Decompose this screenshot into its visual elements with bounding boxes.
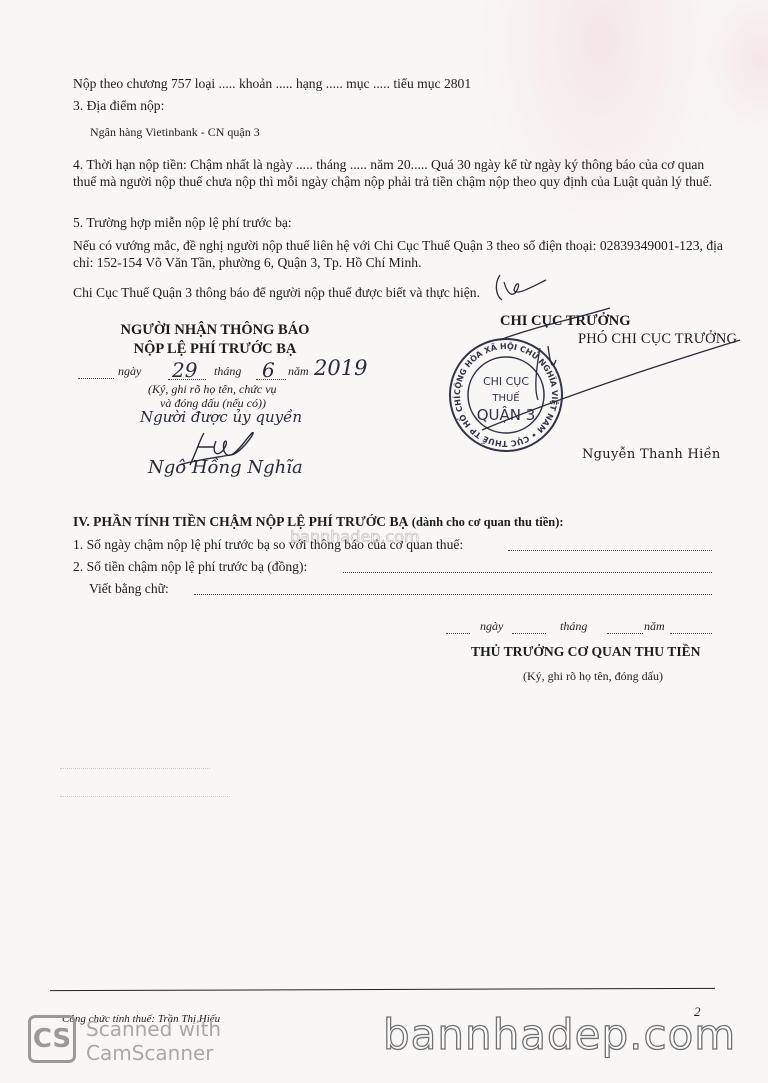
section-3-title: 3. Địa điểm nộp:: [73, 97, 164, 114]
handwritten-receiver-name: Ngô Hồng Nghĩa: [148, 457, 303, 478]
scanner-line2: CamScanner: [86, 1042, 214, 1064]
collector-year-blank[interactable]: [670, 632, 712, 634]
late-days-field[interactable]: [508, 549, 712, 551]
authority-signature-icon: [470, 300, 750, 450]
month-blank: [256, 378, 286, 380]
late-days-label: 1. Số ngày chậm nộp lệ phí trước bạ so v…: [73, 536, 463, 553]
collector-head-instruction: (Ký, ghi rõ họ tên, đóng dấu): [523, 668, 663, 685]
payment-location: Ngân hàng Vietinbank - CN quận 3: [90, 124, 260, 141]
section-5-title: 5. Trường hợp miễn nộp lệ phí trước bạ:: [73, 214, 292, 231]
notice-text: Chi Cục Thuế Quận 3 thông báo để người n…: [73, 284, 480, 301]
collector-day-label: ngày: [480, 618, 503, 635]
camscanner-logo-icon: CS: [28, 1015, 76, 1063]
signer-name: Nguyễn Thanh Hiền: [582, 446, 721, 463]
collector-month-label: tháng: [560, 618, 587, 635]
receiver-year-label: năm: [288, 363, 309, 380]
scan-noise-line: [60, 768, 210, 769]
receiver-year-value: 2019: [314, 356, 367, 380]
collector-month-blank[interactable]: [512, 632, 546, 634]
receiver-title-line2: NỘP LỆ PHÍ TRƯỚC BẠ: [100, 341, 330, 358]
section-iv-note: (dành cho cơ quan thu tiền):: [412, 515, 564, 529]
receiver-month-label: tháng: [214, 363, 241, 380]
collector-day-blank[interactable]: [446, 632, 470, 634]
collector-year-label: năm: [644, 618, 665, 635]
handwritten-authorized-role: Người được ủy quyền: [140, 408, 302, 426]
late-amount-label: 2. Số tiền chậm nộp lệ phí trước bạ (đồn…: [73, 558, 307, 575]
scan-noise-line: [60, 796, 230, 797]
collector-head-title: THỦ TRƯỞNG CƠ QUAN THU TIỀN: [471, 643, 701, 660]
late-amount-field[interactable]: [343, 571, 712, 573]
section-4-payment-deadline: 4. Thời hạn nộp tiền: Chậm nhất là ngày …: [73, 156, 721, 190]
contact-info: Nếu có vướng mắc, đề nghị người nộp thuế…: [73, 237, 728, 271]
day-blank: [168, 378, 206, 380]
amount-in-words-field[interactable]: [194, 593, 712, 595]
receiver-day-label: ngày: [118, 363, 141, 380]
day-prefix-blank: [78, 377, 114, 379]
amount-in-words-label: Viết bằng chữ:: [89, 580, 169, 597]
payment-classification-line: Nộp theo chương 757 loại ..... khoản ...…: [73, 75, 471, 92]
receiver-title-line1: NGƯỜI NHẬN THÔNG BÁO: [100, 322, 330, 339]
site-watermark: bannhadep.com: [383, 1010, 736, 1059]
collector-year-prefix-blank[interactable]: [607, 632, 643, 634]
scanner-line1: Scanned with: [86, 1018, 221, 1040]
